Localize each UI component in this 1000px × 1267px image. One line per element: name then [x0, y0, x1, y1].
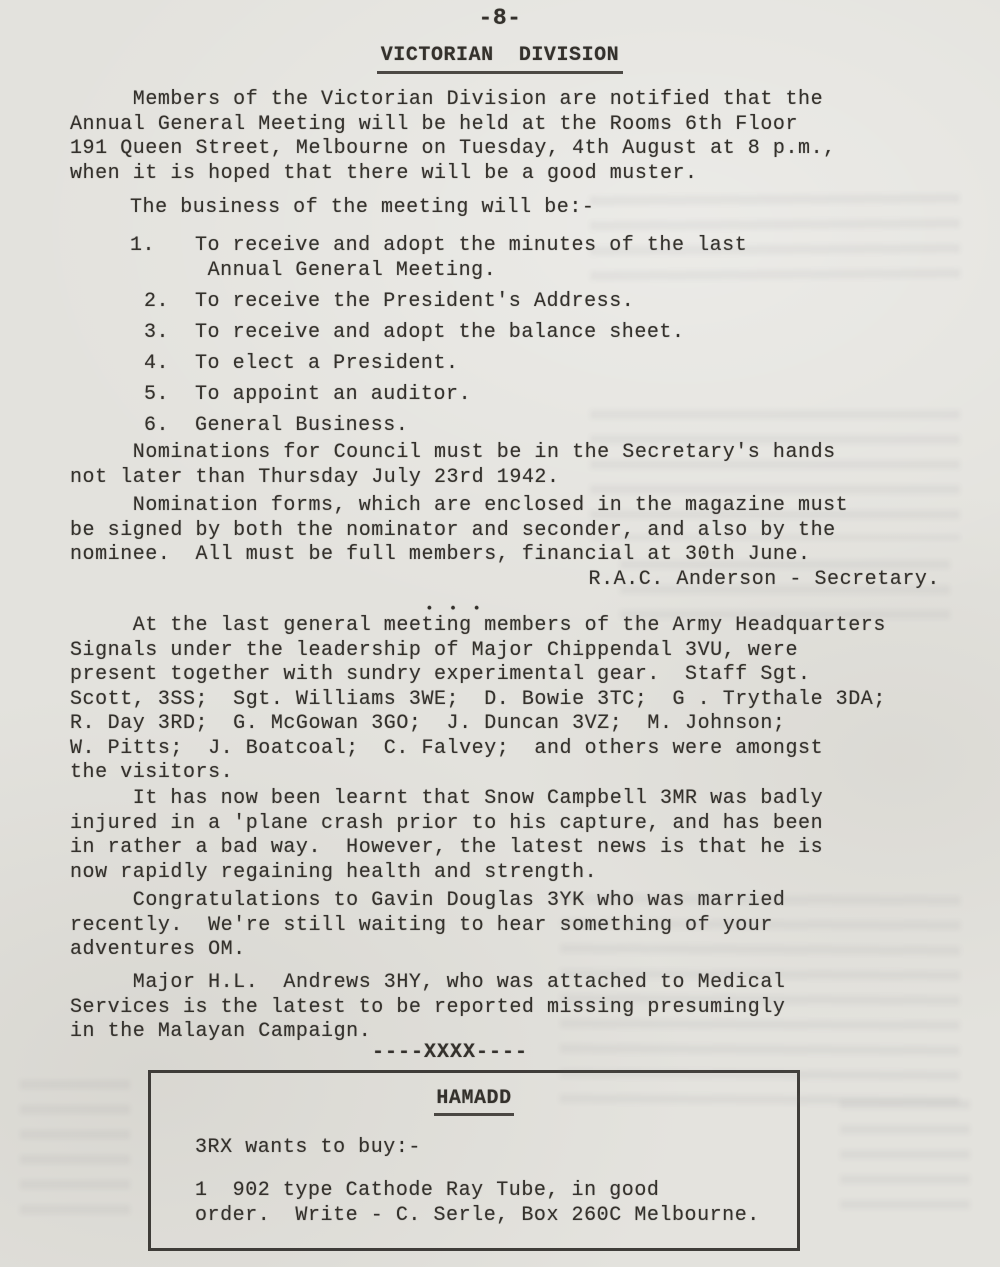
bleed-through-smudge: [20, 1080, 130, 1230]
agenda-item-3: 3.To receive and adopt the balance sheet…: [130, 321, 940, 346]
agenda-item-5: 5.To appoint an auditor.: [130, 383, 940, 408]
hamadd-box: HAMADD 3RX wants to buy:- 1 902 type Cat…: [148, 1070, 800, 1251]
agenda-item-text: To receive the President's Address.: [195, 290, 634, 315]
agenda-item-number: 5.: [144, 383, 195, 408]
agenda-item-number: 6.: [144, 414, 195, 439]
agenda-item-text: General Business.: [195, 414, 408, 439]
agenda-item-text: To receive and adopt the balance sheet.: [195, 321, 685, 346]
bleed-through-smudge: [840, 1100, 970, 1220]
paragraph-campbell-news: It has now been learnt that Snow Campbel…: [70, 787, 940, 885]
agenda-item-4: 4.To elect a President.: [130, 352, 940, 377]
agenda-item-number: 4.: [144, 352, 195, 377]
paragraph-douglas-congrats: Congratulations to Gavin Douglas 3YK who…: [70, 889, 940, 963]
hamadd-item-line: 1 902 type Cathode Ray Tube, in good ord…: [195, 1179, 777, 1228]
title-row: VICTORIAN DIVISION: [0, 44, 1000, 74]
paragraph-andrews-missing: Major H.L. Andrews 3HY, who was attached…: [70, 971, 940, 1045]
hamadd-title-row: HAMADD: [195, 1087, 753, 1116]
agenda-item-text: To receive and adopt the minutes of the …: [195, 234, 747, 283]
agenda-item-text: To appoint an auditor.: [195, 383, 471, 408]
paragraph-agm-notice: Members of the Victorian Division are no…: [70, 88, 940, 186]
agenda-item-number: 2.: [144, 290, 195, 315]
paragraph-business-intro: The business of the meeting will be:-: [130, 196, 940, 221]
agenda-item-number: 3.: [144, 321, 195, 346]
paragraph-meeting-report: At the last general meeting members of t…: [70, 614, 940, 786]
agenda-item-number: 1.: [130, 234, 195, 259]
hamadd-wanted-line: 3RX wants to buy:-: [195, 1136, 777, 1161]
secretary-signature: R.A.C. Anderson - Secretary.: [70, 568, 940, 593]
paragraph-nominations: Nominations for Council must be in the S…: [70, 441, 940, 490]
agenda-item-1: 1.To receive and adopt the minutes of th…: [130, 234, 940, 283]
agenda-item-text: To elect a President.: [195, 352, 459, 377]
document-page: -8- VICTORIAN DIVISION Members of the Vi…: [0, 0, 1000, 1267]
section-title: VICTORIAN DIVISION: [377, 44, 624, 74]
xxxx-separator: ----XXXX----: [0, 1041, 900, 1066]
page-number: -8-: [0, 6, 1000, 31]
agenda-item-6: 6.General Business.: [130, 414, 940, 439]
agenda-list: 1.To receive and adopt the minutes of th…: [130, 234, 940, 445]
hamadd-title: HAMADD: [434, 1087, 513, 1116]
paragraph-nomination-forms: Nomination forms, which are enclosed in …: [70, 494, 940, 568]
agenda-item-2: 2.To receive the President's Address.: [130, 290, 940, 315]
